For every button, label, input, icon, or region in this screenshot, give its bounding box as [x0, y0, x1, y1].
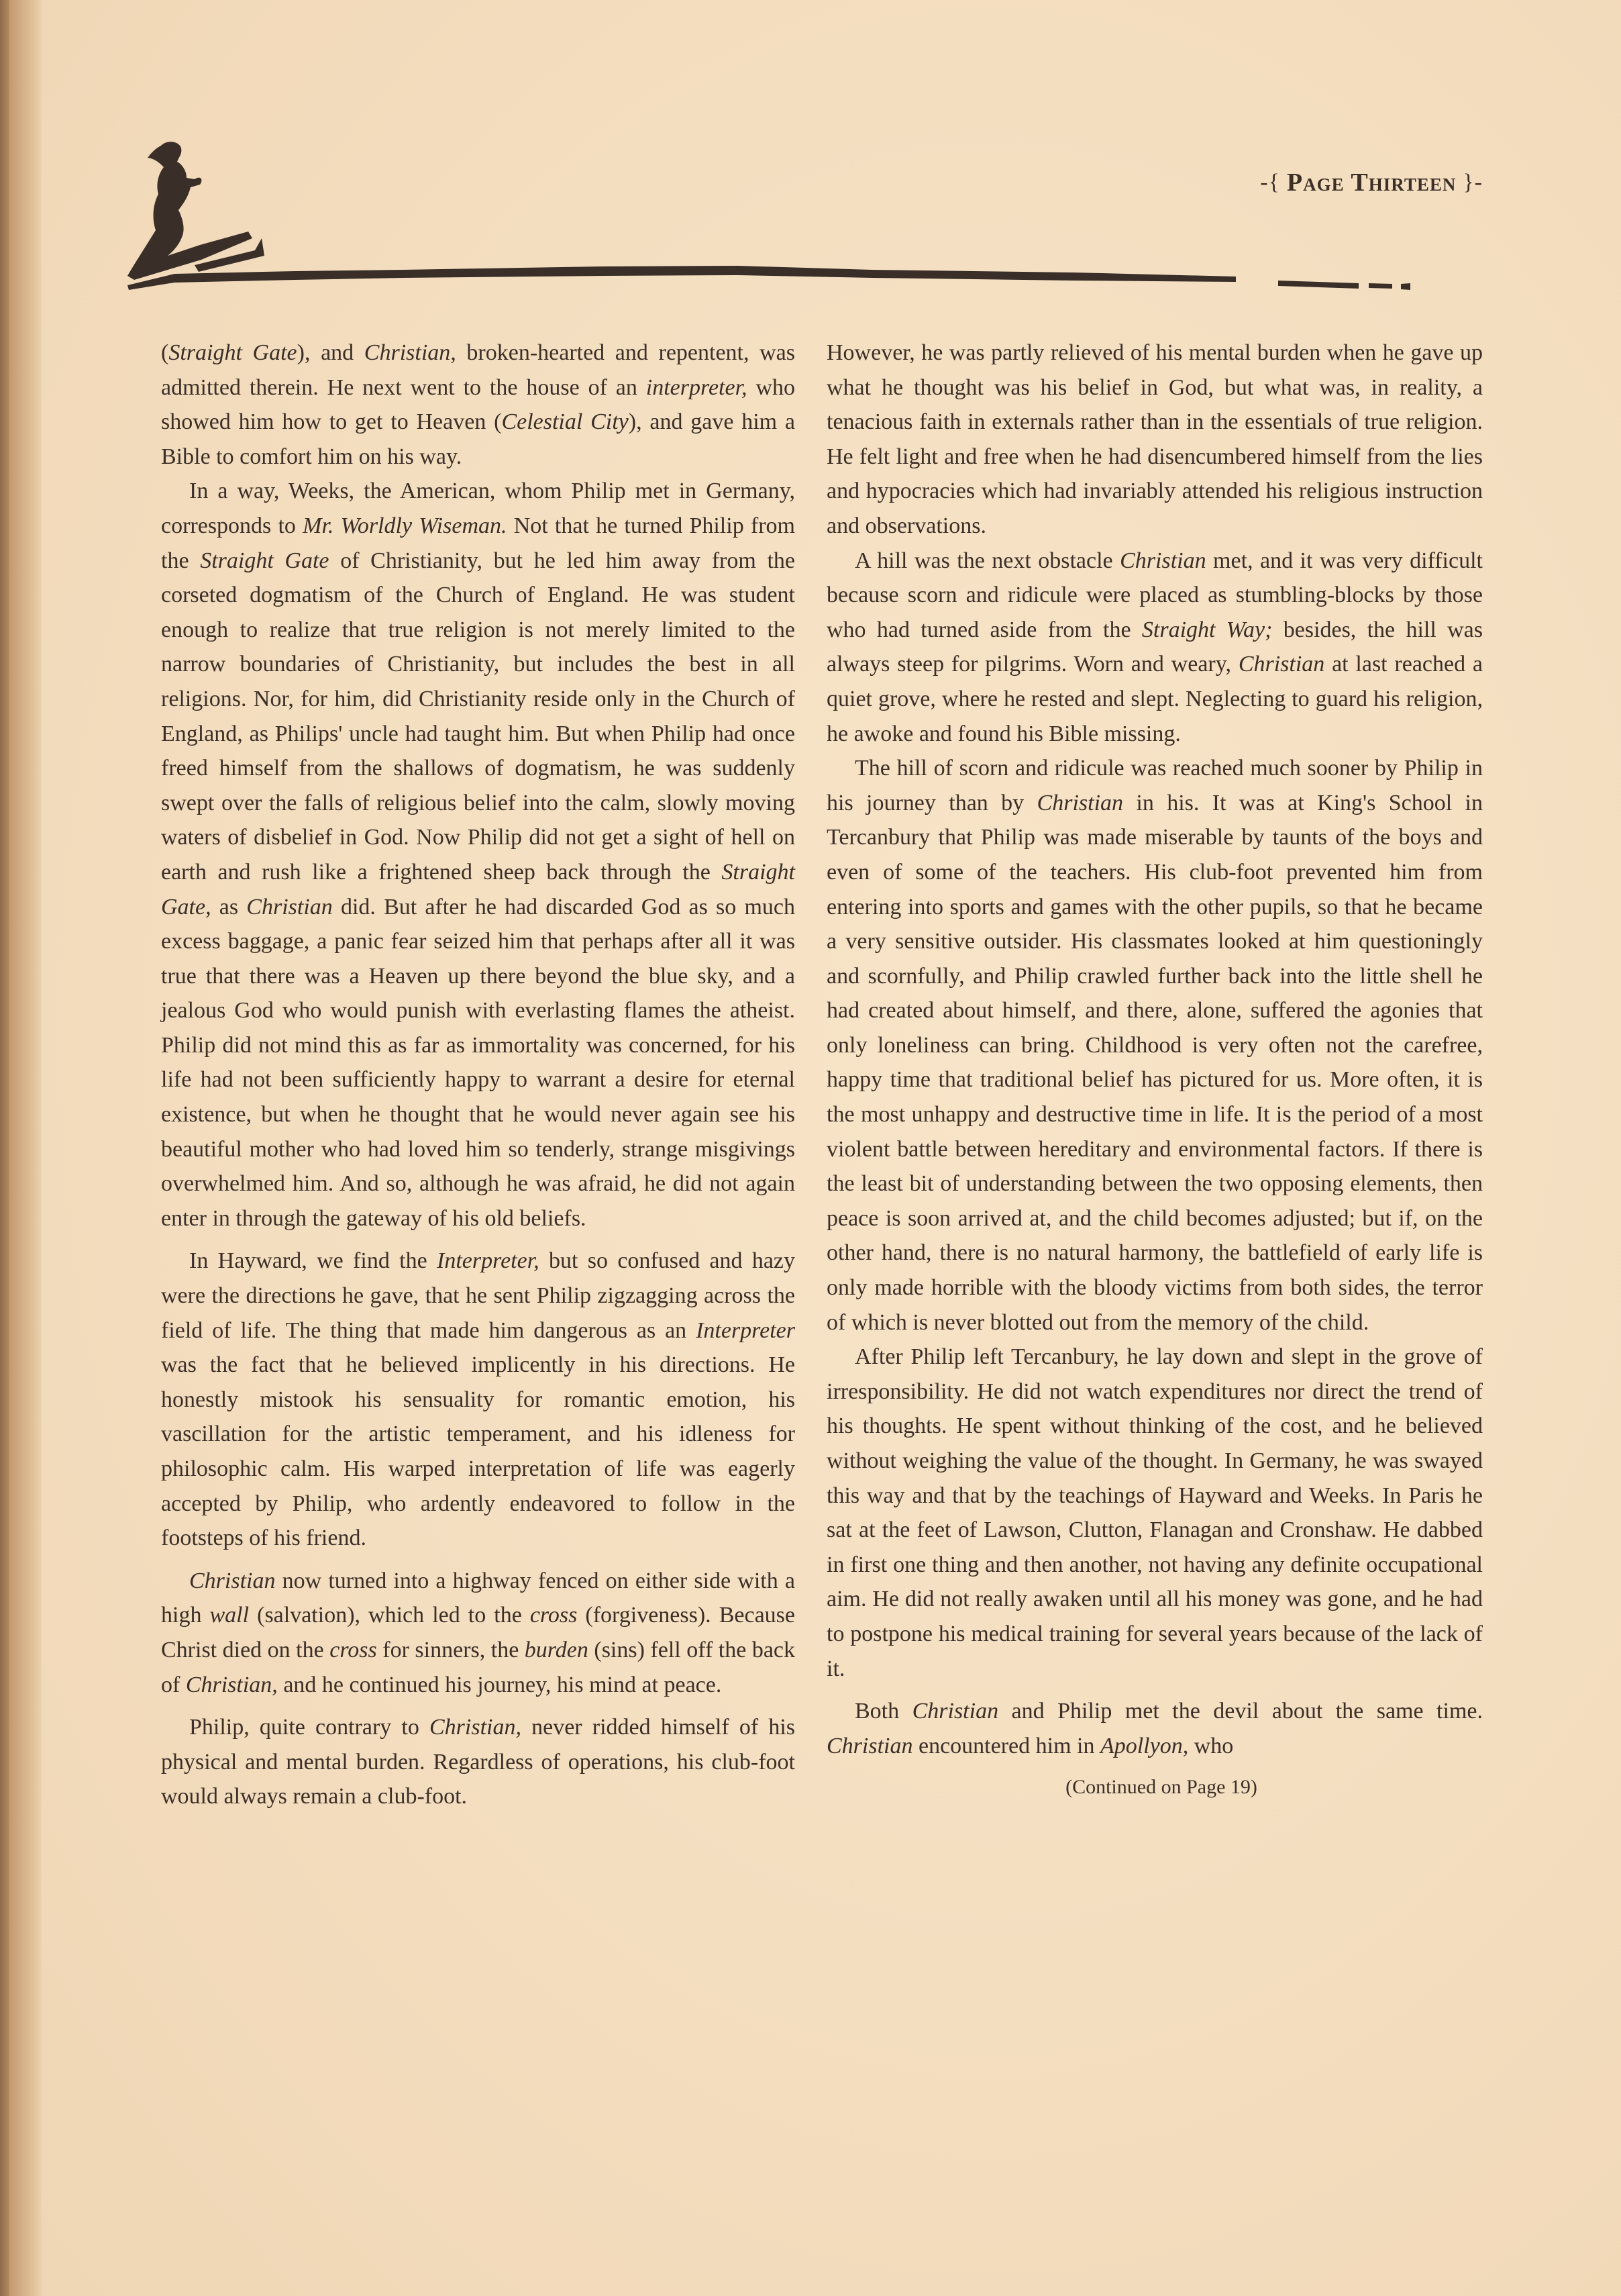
italic-term: burden — [525, 1638, 588, 1662]
italic-term: Mr. Worldly Wiseman. — [303, 513, 507, 538]
body-paragraph: However, he was partly relieved of his m… — [827, 336, 1483, 544]
text-run: and Philip met the devil about the same … — [998, 1699, 1483, 1724]
italic-term: Interpreter, — [437, 1248, 539, 1273]
text-run: of Christianity, but he led him away fro… — [161, 548, 795, 885]
body-paragraph: A hill was the next obstacle Christian m… — [827, 544, 1483, 752]
body-paragraph: Both Christian and Philip met the devil … — [827, 1694, 1483, 1763]
text-run: who — [1188, 1734, 1233, 1758]
body-paragraph: Philip, quite contrary to Christian, nev… — [161, 1710, 795, 1814]
text-run: as — [211, 895, 247, 919]
text-run: did. But after he had discarded God as s… — [161, 895, 795, 1231]
left-column: (Straight Gate), and Christian, broken-h… — [161, 336, 795, 1814]
page-number-text: Page Thirteen — [1287, 168, 1456, 197]
italic-term: Christian — [1037, 791, 1123, 815]
italic-term: wall — [210, 1603, 250, 1628]
continued-note: (Continued on Page 19) — [827, 1770, 1483, 1805]
body-paragraph: In Hayward, we find the Interpreter, but… — [161, 1244, 795, 1555]
italic-term: Christian, — [186, 1673, 278, 1697]
body-paragraph: The hill of scorn and ridicule was reach… — [827, 751, 1483, 1340]
right-column: However, he was partly relieved of his m… — [827, 336, 1483, 1805]
italic-term: Celestial City — [501, 409, 628, 434]
italic-term: Straight Gate — [200, 548, 329, 573]
text-run: in his. It was at King's School in Terca… — [827, 791, 1483, 1335]
page-header: -{ Page Thirteen }- — [0, 0, 1621, 309]
body-paragraph: (Straight Gate), and Christian, broken-h… — [161, 336, 795, 474]
text-run: Philip, quite contrary to — [189, 1715, 429, 1740]
italic-term: Straight Way; — [1142, 617, 1273, 642]
body-paragraph: After Philip left Tercanbury, he lay dow… — [827, 1340, 1483, 1686]
ornament-left-icon: -{ — [1260, 170, 1280, 195]
text-run: In Hayward, we find the — [189, 1248, 437, 1273]
italic-term: Straight Gate — [168, 340, 297, 365]
text-run: was the fact that he believed implicentl… — [161, 1352, 795, 1550]
body-paragraph: Christian now turned into a highway fenc… — [161, 1564, 795, 1702]
text-run: and he continued his journey, his mind a… — [278, 1673, 722, 1697]
text-run: for sinners, the — [377, 1638, 525, 1662]
italic-term: cross — [530, 1603, 578, 1628]
body-paragraph: In a way, Weeks, the American, whom Phil… — [161, 474, 795, 1236]
italic-term: Christian, — [429, 1715, 521, 1740]
text-run: ( — [161, 340, 168, 365]
running-figure-icon — [121, 138, 322, 292]
italic-term: Christian, — [364, 340, 456, 365]
italic-term: Christian — [1120, 548, 1206, 573]
italic-term: interpreter, — [646, 375, 747, 400]
text-run: After Philip left Tercanbury, he lay dow… — [827, 1344, 1483, 1681]
text-run: (salvation), which led to the — [249, 1603, 530, 1628]
text-run: encountered him in — [912, 1734, 1100, 1758]
italic-term: Christian — [827, 1734, 912, 1758]
text-run: However, he was partly relieved of his m… — [827, 340, 1483, 538]
italic-term: Christian — [246, 895, 332, 919]
text-run: Both — [855, 1699, 912, 1724]
italic-term: Christian — [189, 1568, 275, 1593]
book-binding-edge — [0, 0, 9, 2296]
italic-term: Interpreter — [696, 1318, 795, 1343]
italic-term: Christian — [1239, 652, 1324, 677]
ornament-right-icon: }- — [1463, 170, 1483, 195]
italic-term: cross — [329, 1638, 377, 1662]
text-run: ), and — [297, 340, 364, 365]
italic-term: Christian — [912, 1699, 998, 1724]
italic-term: Apollyon, — [1100, 1734, 1188, 1758]
page-number-label: -{ Page Thirteen }- — [1260, 168, 1483, 197]
text-run: A hill was the next obstacle — [855, 548, 1120, 573]
